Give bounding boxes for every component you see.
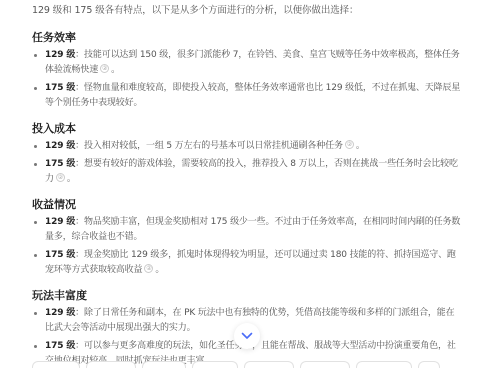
level-label: 175 级: [45, 341, 75, 351]
section-revenue: 收益情况 129 级：物品奖励丰富，但现金奖励相对 175 级少一些。不过由于任…: [32, 197, 462, 278]
section-title: 收益情况: [32, 197, 462, 213]
level-label: 129 级: [45, 308, 75, 318]
section-title: 任务效率: [32, 30, 462, 46]
section-investment-cost: 投入成本 129 级：投入相对较低，一组 5 万左右的号基本可以日常挂机通刷各种…: [32, 121, 462, 187]
item-end: 。: [155, 265, 164, 275]
suggestion-chip[interactable]: [142, 361, 186, 368]
suggestion-chip[interactable]: [192, 361, 238, 368]
section-title: 投入成本: [32, 121, 462, 137]
level-label: 129 级: [45, 50, 75, 60]
section-title: 玩法丰富度: [32, 288, 462, 304]
list-item: 129 级：投入相对较低，一组 5 万左右的号基本可以日常挂机通刷各种任务②。: [32, 139, 462, 154]
item-end: 。: [67, 174, 76, 184]
citation-badge[interactable]: ②: [56, 173, 65, 182]
citation-badge[interactable]: ②: [144, 264, 153, 273]
chevron-down-icon: [241, 332, 253, 340]
list-item: 175 级：想要有较好的游戏体验，需要较高的投入，推荐投入 8 万以上，否则在挑…: [32, 157, 462, 187]
item-text: ：物品奖励丰富，但现金奖励相对 175 级少一些。不过由于任务效率高，在相同时间…: [45, 217, 460, 242]
suggestion-chip[interactable]: [356, 361, 412, 368]
item-end: 。: [111, 65, 120, 75]
citation-badge[interactable]: ②: [100, 64, 109, 73]
list-item: 129 级：物品奖励丰富，但现金奖励相对 175 级少一些。不过由于任务效率高，…: [32, 215, 462, 245]
list-item: 175 级：现金奖励比 129 级多，抓鬼时体现得较为明显，还可以通过卖 180…: [32, 248, 462, 278]
item-text: ：投入相对较低，一组 5 万左右的号基本可以日常挂机通刷各种任务: [75, 141, 343, 151]
item-text: ：现金奖励比 129 级多，抓鬼时体现得较为明显，还可以通过卖 180 技能的符…: [45, 250, 456, 275]
list-item: 175 级：怪物血量和难度较高，即使投入较高，整体任务效率通常也比 129 级低…: [32, 81, 462, 111]
intro-text: 129 级和 175 级各有特点，以下是从多个方面进行的分析，以便你做出选择：: [32, 4, 462, 18]
citation-badge[interactable]: ②: [345, 140, 354, 149]
suggestion-chip[interactable]: [86, 361, 136, 368]
level-label: 129 级: [45, 217, 75, 227]
suggestion-chip[interactable]: [300, 361, 350, 368]
level-label: 175 级: [45, 159, 75, 169]
suggestion-chips: [32, 361, 440, 368]
section-task-efficiency: 任务效率 129 级：技能可以达到 150 级，很多门派能秒 7，在铃铛、美食、…: [32, 30, 462, 111]
answer-content: 129 级和 175 级各有特点，以下是从多个方面进行的分析，以便你做出选择： …: [32, 0, 462, 368]
item-text: ：想要有较好的游戏体验，需要较高的投入，推荐投入 8 万以上，否则在挑战一些任务…: [45, 159, 458, 184]
item-text: ：怪物血量和难度较高，即使投入较高，整体任务效率通常也比 129 级低，不过在抓…: [45, 83, 460, 108]
suggestion-chip[interactable]: [418, 361, 440, 368]
item-end: 。: [356, 141, 365, 151]
level-label: 175 级: [45, 250, 75, 260]
list-item: 129 级：技能可以达到 150 级，很多门派能秒 7，在铃铛、美食、皇宫飞贼等…: [32, 48, 462, 78]
suggestion-chip[interactable]: [32, 361, 80, 368]
suggestion-chip[interactable]: [244, 361, 294, 368]
level-label: 175 级: [45, 83, 75, 93]
scroll-to-bottom-button[interactable]: [234, 323, 260, 349]
level-label: 129 级: [45, 141, 75, 151]
